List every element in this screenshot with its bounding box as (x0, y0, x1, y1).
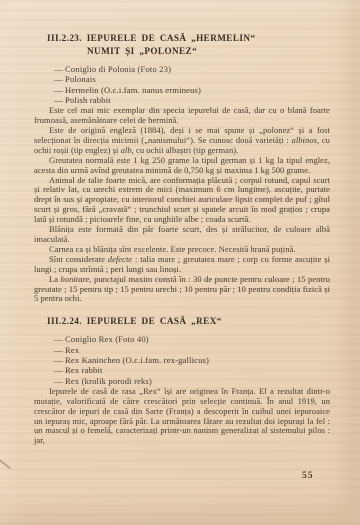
synonym-item: — Rex (34, 345, 330, 355)
synonym-list: — Coniglio di Polonia (Foto 23) — Polona… (34, 64, 330, 105)
paragraph: Este de origină engleză (1884), deși i s… (34, 126, 330, 156)
paragraph: Greutatea normală este 1 kg 250 grame la… (34, 156, 330, 176)
synonym-item: — Polonais (34, 74, 330, 84)
paragraph: La bonitare, punctajul maxim constă în :… (34, 275, 330, 305)
synonym-item: — Coniglio di Polonia (Foto 23) (34, 64, 330, 74)
synonym-item: — Hermelin (O.c.i.fam. nanus ermineus) (34, 85, 330, 95)
heading-line: NUMIT ȘI „POLONEZ“ (87, 45, 330, 58)
heading-line: III.2.24. IEPURELE DE CASĂ „REX“ (47, 315, 330, 328)
section-heading-III-2-24: III.2.24. IEPURELE DE CASĂ „REX“ (47, 315, 330, 328)
synonym-item: — Rex (krolik porodi reks) (34, 376, 330, 386)
paragraph: Este cel mai mic exemplar din specia iep… (34, 106, 330, 126)
synonym-list: — Coniglio Rex (Foto 40) — Rex — Rex Kan… (34, 334, 330, 385)
page-content: III.2.23. IEPURELE DE CASĂ „HERMELIN“ NU… (34, 32, 330, 446)
paragraph: Blănița este formată din păr foarte scur… (34, 225, 330, 245)
paragraph: Iepurele de casă de rasa „Rex“ își are o… (34, 387, 330, 446)
synonym-item: — Rex rabbit (34, 365, 330, 375)
section-heading-III-2-23: III.2.23. IEPURELE DE CASĂ „HERMELIN“ NU… (34, 32, 330, 58)
synonym-item: — Coniglio Rex (Foto 40) (34, 334, 330, 344)
synonym-item: — Polish rabbit (34, 95, 330, 105)
book-page: III.2.23. IEPURELE DE CASĂ „HERMELIN“ NU… (0, 0, 360, 525)
scan-artifact (0, 459, 11, 470)
paragraph: Sînt considerate defecte : talia mare ; … (34, 255, 330, 275)
heading-line: III.2.23. IEPURELE DE CASĂ „HERMELIN“ (47, 32, 330, 45)
paragraph: Animal de talie foarte mică, are conform… (34, 176, 330, 226)
page-number: 55 (302, 470, 314, 481)
synonym-item: — Rex Kaninchen (O.c.i.fam. rex-gallicus… (34, 355, 330, 365)
